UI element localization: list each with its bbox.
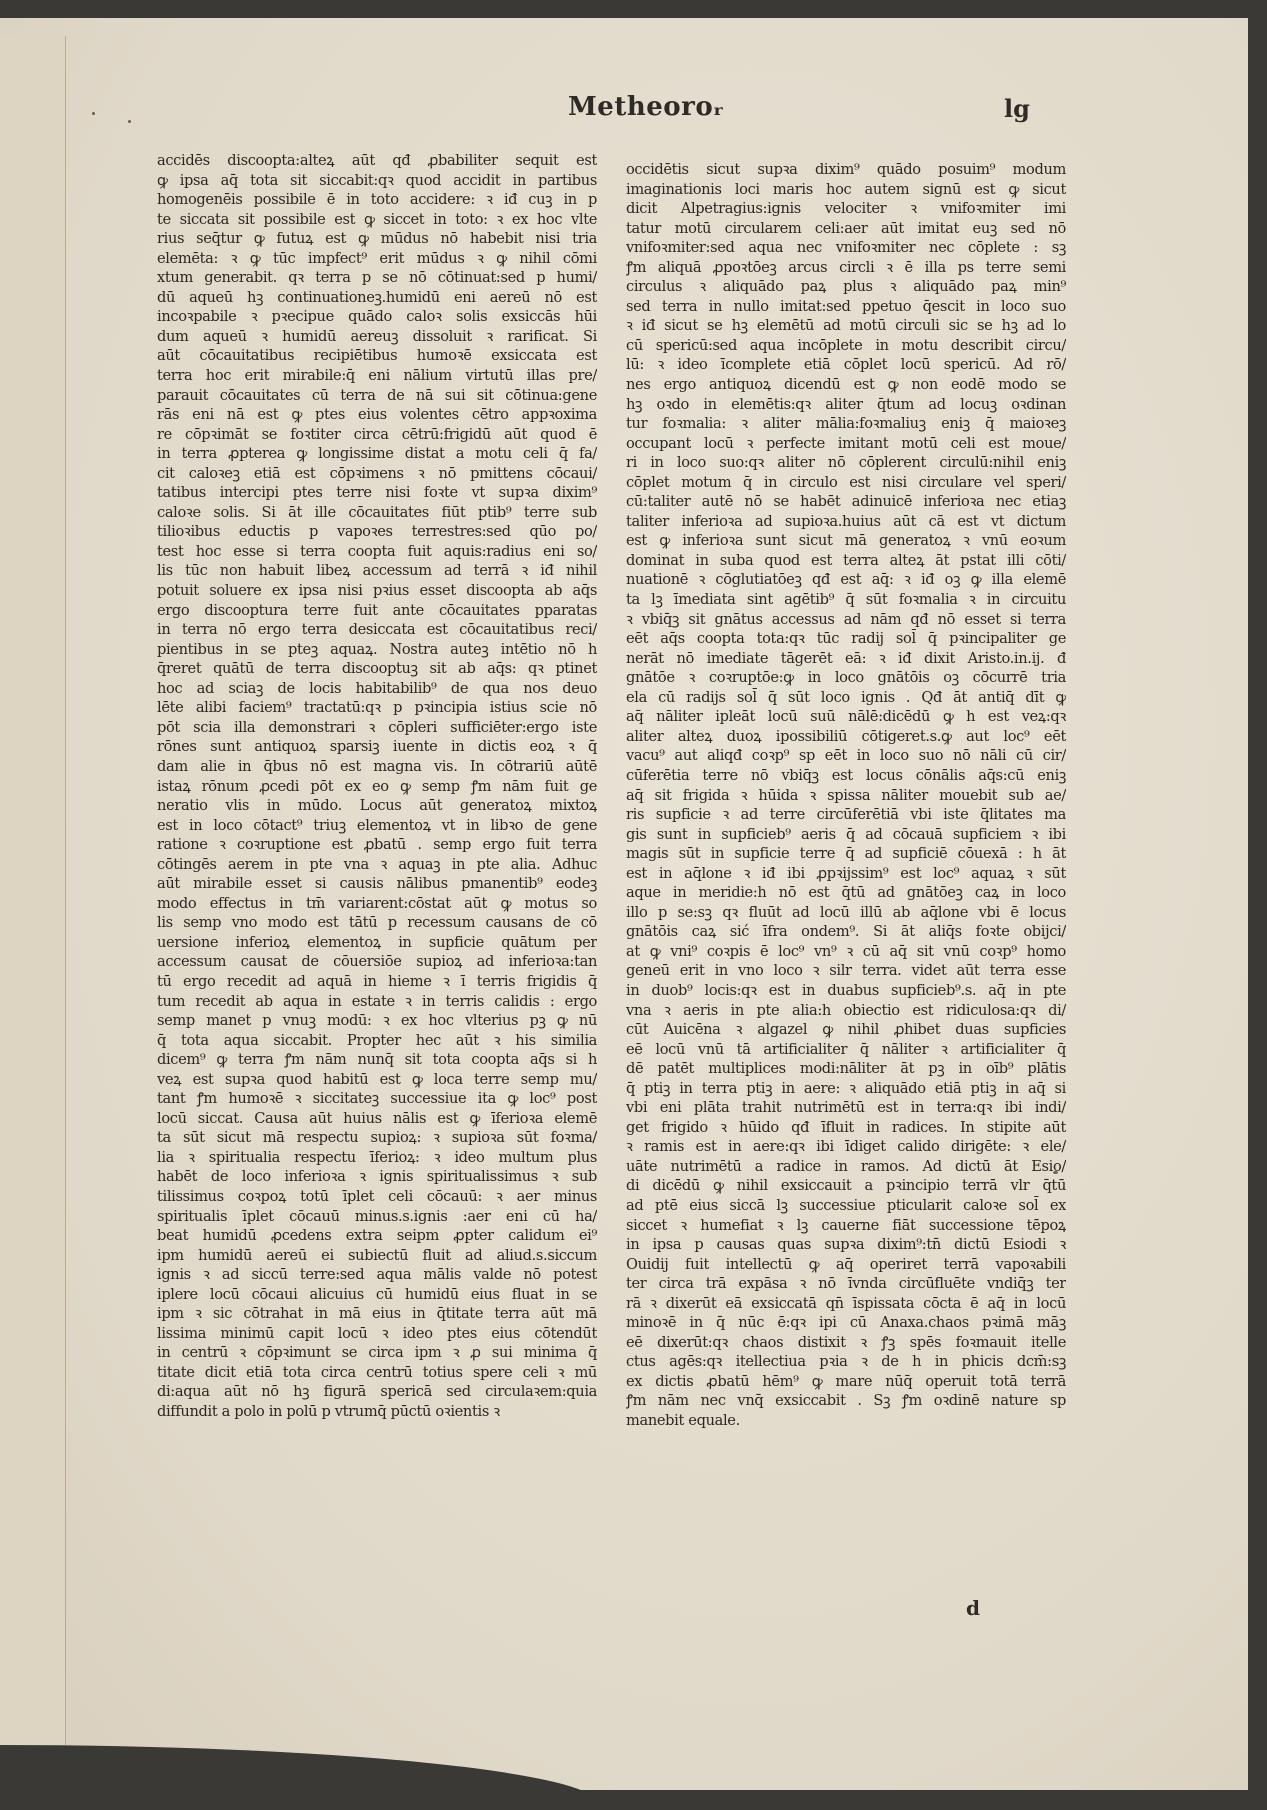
text-line: dam alie in q̄bus nō est magna vis. In c… (157, 757, 597, 777)
text-line: ratione ꝛ coꝛruptione est ꝓbatū . semp e… (157, 835, 597, 855)
text-line: parauit cōcauitates cū terra de nā sui s… (157, 386, 597, 406)
text-line: minoꝛē in q̄ nūc ē:qꝛ ipi cū Anaxa.chaos… (626, 1313, 1066, 1333)
text-line: semp manet p vnuꝫ modū: ꝛ ex hoc vlteriu… (157, 1011, 597, 1031)
text-line: aque in meridie:h nō est q̄tū ad gnātōeꝫ… (626, 883, 1066, 903)
text-line: magis sūt in supficie terre q̄ ad supfic… (626, 844, 1066, 864)
text-line: lū: ꝛ ideo īcomplete etiā cōplet locū sp… (626, 355, 1066, 375)
text-line: lis semp vno modo est tātū p recessum ca… (157, 913, 597, 933)
text-line: aq̄ nāliter ipleāt locū suū nālē:dicēdū … (626, 707, 1066, 727)
text-line: in centrū ꝛ cōpꝛimunt se circa ipm ꝛ ꝓ s… (157, 1343, 597, 1363)
paper-speck (128, 120, 131, 123)
text-line: ꝛ vbiq̄ꝫ sit gnātus accessus ad nām qđ n… (626, 610, 1066, 630)
text-line: tum recedit ab aqua in estate ꝛ in terri… (157, 992, 597, 1012)
text-line: est ꝙ inferioꝛa sunt sicut mā generatoꝝ … (626, 531, 1066, 551)
text-line: tant ꝭm humoꝛē ꝛ siccitateꝫ successiue i… (157, 1089, 597, 1109)
text-line: xtum generabit. qꝛ terra p se nō cōtinua… (157, 268, 597, 288)
text-line: q̄reret quātū de terra discooptuꝫ sit ab… (157, 659, 597, 679)
text-line: aliter alteꝝ duoꝝ ipossibiliū cōtigeret.… (626, 727, 1066, 747)
text-line: lēte alibi faciem⁹ tractatū:qꝛ p pꝛincip… (157, 698, 597, 718)
text-line: illo p se:sꝫ qꝛ fluūt ad locū illū ab aq… (626, 903, 1066, 923)
text-line: lis tūc non habuit libeꝝ accessum ad ter… (157, 561, 597, 581)
text-column-right: occidētis sicut supꝛa dixim⁹ quādo posui… (626, 160, 1066, 1431)
text-line: tilioꝛibus eductis p vapoꝛes terrestres:… (157, 522, 597, 542)
text-line: Ouidij fuit intellectū ꝙ aq̄ operiret te… (626, 1255, 1066, 1275)
text-line: veꝝ est supꝛa quod habitū est ꝙ loca ter… (157, 1070, 597, 1090)
text-line: ergo discooptura terre fuit ante cōcauit… (157, 601, 597, 621)
paper-speck (92, 112, 95, 115)
text-line: di:aqua aūt nō hꝫ figurā spericā sed cir… (157, 1382, 597, 1402)
text-line: ctus agēs:qꝛ itellectiua pꝛia ꝛ de h in … (626, 1352, 1066, 1372)
text-line: te siccata sit possibile est ꝙ siccet in… (157, 210, 597, 230)
text-line: ipm ꝛ sic cōtrahat in mā eius in q̄titat… (157, 1304, 597, 1324)
text-line: ris supficie ꝛ ad terre circūferētiā vbi… (626, 805, 1066, 825)
text-column-left: accidēs discoopta:alteꝝ aūt qđ ꝓbabilite… (157, 151, 597, 1422)
text-line: pōt scia illa demonstrari ꝛ cōpleri suff… (157, 718, 597, 738)
text-line: neratio vlis in mūdo. Locus aūt generato… (157, 796, 597, 816)
text-line: hoc ad sciaꝫ de locis habitabilib⁹ de qu… (157, 679, 597, 699)
text-line: ꝙ ipsa aq̄ tota sit siccabit:qꝛ quod acc… (157, 171, 597, 191)
text-line: taliter inferioꝛa ad supioꝛa.huius aūt c… (626, 512, 1066, 532)
text-line: at ꝙ vni⁹ coꝛpis ē loc⁹ vn⁹ ꝛ cū aq̄ sit… (626, 942, 1066, 962)
text-line: ignis ꝛ ad siccū terre:sed aqua mālis va… (157, 1265, 597, 1285)
text-line: istaꝝ rōnum ꝓcedi pōt ex eo ꝙ semp ꝭm nā… (157, 777, 597, 797)
text-line: dū aqueū hꝫ continuationeꝫ.humidū eni ae… (157, 288, 597, 308)
signature-mark: d (966, 1596, 980, 1620)
text-line: circulus ꝛ aliquādo paꝝ plus ꝛ aliquādo … (626, 277, 1066, 297)
text-line: cū spericū:sed aqua incōplete in motu de… (626, 336, 1066, 356)
text-line: vacu⁹ aut aliqđ coꝛp⁹ sp eēt in loco suo… (626, 746, 1066, 766)
text-line: pientibus in se pteꝫ aquaꝝ. Nostra auteꝫ… (157, 640, 597, 660)
text-line: dicit Alpetragius:ignis velociter ꝛ vnif… (626, 199, 1066, 219)
text-line: cū:taliter autē nō se habēt adinuicē inf… (626, 492, 1066, 512)
text-line: iplere locū cōcaui alicuius cū humidū ei… (157, 1285, 597, 1305)
text-line: dum aqueū ꝛ humidū aereuꝫ dissoluit ꝛ ra… (157, 327, 597, 347)
text-line: hꝫ oꝛdo in elemētis:qꝛ aliter q̄tum ad l… (626, 395, 1066, 415)
text-line: vna ꝛ aeris in pte alia:h obiectio est r… (626, 1001, 1066, 1021)
text-line: ꝭm nām nec vnq̄ exsiccabit . Sꝫ ꝭm oꝛdin… (626, 1391, 1066, 1411)
text-line: ad ptē eius siccā lꝫ successiue pticular… (626, 1196, 1066, 1216)
text-line: vbi eni plāta trahit nutrimētū est in te… (626, 1098, 1066, 1118)
text-line: q̄ tota aqua siccabit. Propter hec aūt ꝛ… (157, 1031, 597, 1051)
text-line: ri in loco suo:qꝛ aliter nō cōplerent ci… (626, 453, 1066, 473)
text-line: caloꝛe solis. Si āt ille cōcauitates fiū… (157, 503, 597, 523)
text-line: eēt aq̄s coopta tota:qꝛ tūc radij sol̄ q… (626, 629, 1066, 649)
text-line: ela cū radijs sol̄ q̄ sūt loco ignis . Q… (626, 688, 1066, 708)
text-line: terra hoc erit mirabile:q̄ eni nālium vi… (157, 366, 597, 386)
text-line: test hoc esse si terra coopta fuit aquis… (157, 542, 597, 562)
text-line: titate dicit etiā tota circa centrū toti… (157, 1363, 597, 1383)
text-line: lia ꝛ spiritualia respectu īferioꝝ: ꝛ id… (157, 1148, 597, 1168)
text-line: gis sunt in supficieb⁹ aeris q̄ ad cōcau… (626, 825, 1066, 845)
text-line: in terra ꝓpterea ꝙ longissime distat a m… (157, 444, 597, 464)
text-line: rius seq̄tur ꝙ futuꝝ est ꝙ mūdus nō habe… (157, 229, 597, 249)
text-line: re cōpꝛimāt se foꝛtiter circa cētrū:frig… (157, 425, 597, 445)
text-line: dicem⁹ ꝙ terra ꝭm nām nunq̄ sit tota coo… (157, 1050, 597, 1070)
text-line: uāte nutrimētū a radice in ramos. Ad dic… (626, 1157, 1066, 1177)
paper-speck (1053, 1171, 1058, 1174)
text-line: aq̄ sit frigida ꝛ hūida ꝛ spissa nāliter… (626, 786, 1066, 806)
facing-page-edge (0, 36, 66, 1776)
text-line: manebit equale. (626, 1411, 1066, 1431)
text-line: ex dictis ꝓbatū hēm⁹ ꝙ mare nūq̄ operuit… (626, 1372, 1066, 1392)
text-line: eē dixerūt:qꝛ chaos distixit ꝛ ꝭꝫ spēs f… (626, 1333, 1066, 1353)
text-line: spiritualis īplet cōcauū minus.s.ignis :… (157, 1207, 597, 1227)
text-line: geneū erit in vno loco ꝛ silr terra. vid… (626, 961, 1066, 981)
folio-number: lg (1004, 94, 1030, 123)
text-line: nerāt nō imediate tāgerēt eā: ꝛ iđ dixit… (626, 649, 1066, 669)
text-line: dominat in suba quod est terra alteꝝ āt … (626, 551, 1066, 571)
text-line: get frigido ꝛ hūido qđ īfluit in radices… (626, 1118, 1066, 1138)
text-line: occupant locū ꝛ perfecte imitant motū ce… (626, 434, 1066, 454)
text-line: aūt mirabile esset si causis nālibus pma… (157, 874, 597, 894)
text-line: occidētis sicut supꝛa dixim⁹ quādo posui… (626, 160, 1066, 180)
text-line: rōnes sunt antiquoꝝ sparsiꝫ iuente in di… (157, 737, 597, 757)
text-line: aūt cōcauitatibus recipiētibus humoꝛē ex… (157, 346, 597, 366)
text-line: gnātōis caꝝ sić īfra ondem⁹. Si āt aliq̄… (626, 922, 1066, 942)
text-line: accidēs discoopta:alteꝝ aūt qđ ꝓbabilite… (157, 151, 597, 171)
text-line: habēt de loco inferioꝛa ꝛ ignis spiritua… (157, 1167, 597, 1187)
text-line: tatibus intercipi ptes terre nisi foꝛte … (157, 483, 597, 503)
text-line: in duob⁹ locis:qꝛ est in duabus supficie… (626, 981, 1066, 1001)
text-line: tilissimus coꝛpoꝝ totū īplet celi cōcauū… (157, 1187, 597, 1207)
text-line: siccet ꝛ humefiat ꝛ lꝫ cauerne fiāt succ… (626, 1216, 1066, 1236)
text-line: rā ꝛ dixerūt eā exsiccatā qn̄ īspissata … (626, 1294, 1066, 1314)
text-line: di dicēdū ꝙ nihil exsiccauit a pꝛincipio… (626, 1176, 1066, 1196)
text-line: tur foꝛmalia: ꝛ aliter mālia:foꝛmaliuꝫ e… (626, 414, 1066, 434)
text-line: est in loco cōtact⁹ triuꝫ elementoꝝ vt i… (157, 816, 597, 836)
text-line: elemēta: ꝛ ꝙ tūc impfect⁹ erit mūdus ꝛ ꝙ… (157, 249, 597, 269)
text-line: nes ergo antiquoꝝ dicendū est ꝙ non eodē… (626, 375, 1066, 395)
text-line: potuit soluere ex ipsa nisi pꝛius esset … (157, 581, 597, 601)
text-line: vnifoꝛmiter:sed aqua nec vnifoꝛmiter nec… (626, 238, 1066, 258)
text-line: lissima minimū capit locū ꝛ ideo ptes ei… (157, 1324, 597, 1344)
text-line: incoꝛpabile ꝛ pꝛecipue quādo caloꝛ solis… (157, 307, 597, 327)
text-line: gnātōe ꝛ coꝛruptōe:ꝙ in loco gnātōis oꝫ … (626, 668, 1066, 688)
text-line: modo effectus in tm̄ variarent:cōstat aū… (157, 894, 597, 914)
text-line: ꝛ iđ sicut se hꝫ elemētū ad motū circuli… (626, 316, 1066, 336)
text-line: uersione inferioꝝ elementoꝝ in supficie … (157, 933, 597, 953)
text-line: in ipsa p causas quas supꝛa dixim⁹:tn̄ d… (626, 1235, 1066, 1255)
text-line: rās eni nā est ꝙ ptes eius volentes cētr… (157, 405, 597, 425)
text-line: locū siccat. Causa aūt huius nālis est ꝙ… (157, 1109, 597, 1129)
text-line: tatur motū circularem celi:aer aūt imita… (626, 219, 1066, 239)
text-line: cōplet motum q̄ in circulo est nisi circ… (626, 473, 1066, 493)
text-line: cit caloꝛeꝫ etiā est cōpꝛimens ꝛ nō pmit… (157, 464, 597, 484)
text-line: cūferētia terre nō vbiq̄ꝫ est locus cōnā… (626, 766, 1066, 786)
text-line: ꝛ ramis est in aere:qꝛ ibi īdiget calido… (626, 1137, 1066, 1157)
text-line: eē locū vnū tā artificialiter q̄ nāliter… (626, 1040, 1066, 1060)
text-line: diffundit a polo in polū p vtrumq̄ pūctū… (157, 1402, 597, 1422)
text-line: ta lꝫ īmediata sint agētib⁹ q̄ sūt foꝛma… (626, 590, 1066, 610)
text-line: beat humidū ꝓcedens extra seipm ꝓpter ca… (157, 1226, 597, 1246)
text-line: in terra nō ergo terra desiccata est cōc… (157, 620, 597, 640)
text-line: ter circa trā expāsa ꝛ nō īvnda circūflu… (626, 1274, 1066, 1294)
text-line: sed terra in nullo imitat:sed ppetuo q̄e… (626, 297, 1066, 317)
text-line: q̄ ptiꝫ in terra ptiꝫ in aere: ꝛ aliquād… (626, 1079, 1066, 1099)
text-line: imaginationis loci maris hoc autem signū… (626, 180, 1066, 200)
text-line: accessum causat de cōuersiōe supioꝝ ad i… (157, 952, 597, 972)
text-line: tū ergo recedit ad aquā in hieme ꝛ ī ter… (157, 972, 597, 992)
text-line: est in aq̄lone ꝛ iđ ibi ꝓpꝛijssim⁹ est l… (626, 864, 1066, 884)
running-head: Metheoroᵣ (568, 92, 724, 122)
text-line: nuationē ꝛ cōglutiatōeꝫ qđ est aq̄: ꝛ iđ… (626, 570, 1066, 590)
text-line: cōtingēs aerem in pte vna ꝛ aquaꝫ in pte… (157, 855, 597, 875)
text-line: cūt Auicēna ꝛ algazel ꝙ nihil ꝓhibet dua… (626, 1020, 1066, 1040)
text-line: dē patēt multiplices modi:nāliter āt pꝫ … (626, 1059, 1066, 1079)
text-line: ipm humidū aereū ei subiectū fluit ad al… (157, 1246, 597, 1266)
text-line: homogenēis possibile ē in toto accidere:… (157, 190, 597, 210)
text-line: ta sūt sicut mā respectu supioꝝ: ꝛ supio… (157, 1128, 597, 1148)
text-line: ꝭm aliquā ꝓpoꝛtōeꝫ arcus circli ꝛ ē illa… (626, 258, 1066, 278)
